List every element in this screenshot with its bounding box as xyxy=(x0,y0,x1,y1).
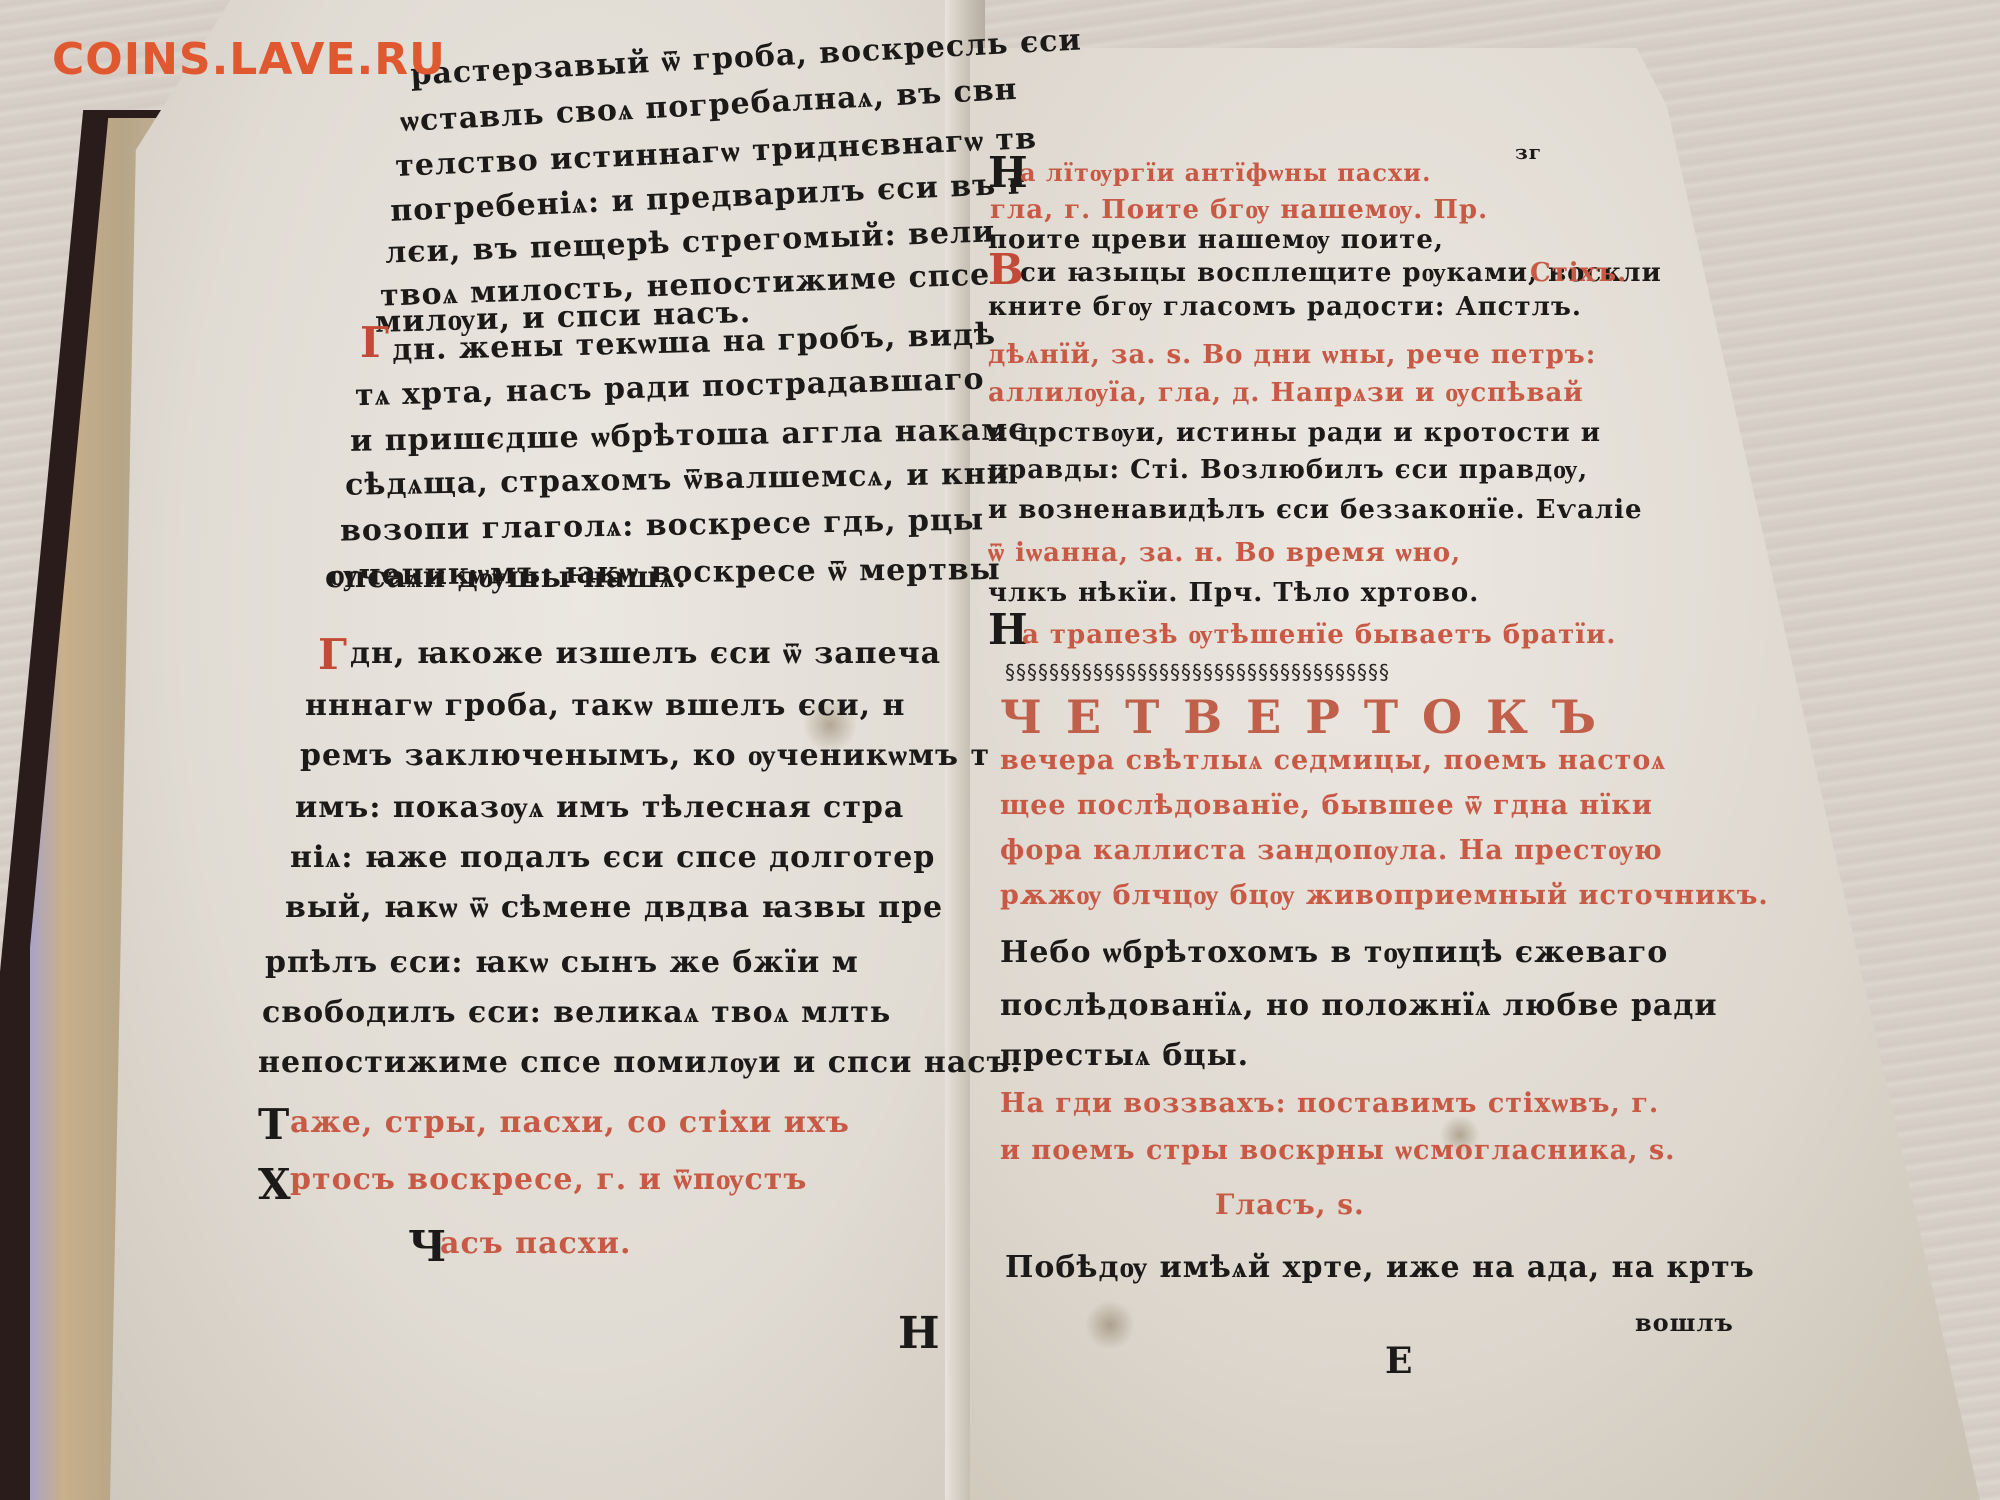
red-initial: Г xyxy=(318,630,348,679)
text-line: правды: Сті. Возлюбилъ єси правдѹ, xyxy=(988,455,1588,485)
rubric-line: асъ пасхи. xyxy=(440,1226,631,1261)
rubric-line: аже, стры, пасхи, со стіхи ихъ xyxy=(290,1105,850,1140)
hymn-line: Побѣдѹ имѣѧй хрте, иже на ада, на кртъ xyxy=(1005,1250,1755,1285)
folio-number: Н xyxy=(898,1308,940,1359)
text-line: Небо ѡбрѣтохомъ в тѹпицѣ єжеваго xyxy=(1000,935,1668,970)
text-line: нннагѡ гроба, такѡ вшелъ єси, н xyxy=(305,688,906,723)
rubric-line: рѫжѹ блчцѹ бцѹ живоприемный источникъ. xyxy=(1000,880,1769,911)
rubric-line: щее послѣдованїе, бывшее ѿ гдна нїки xyxy=(1000,790,1653,821)
tone-label: Гласъ, ѕ. xyxy=(1215,1188,1365,1221)
text-line: дѣѧнїй, за. ѕ. Во дни ѡны, рече петръ: xyxy=(988,340,1596,370)
ornament-band: §§§§§§§§§§§§§§§§§§§§§§§§§§§§§§§§§§§ xyxy=(1005,660,1645,684)
text-line: ремъ заключенымъ, ко ѹченикѡмъ т xyxy=(300,738,990,773)
text-line: свободилъ єси: великаѧ твоѧ млть xyxy=(262,995,891,1030)
text-line: члкъ нѣкїи. Прч. Тѣло хртово. xyxy=(988,578,1479,608)
stain xyxy=(1085,1300,1135,1350)
text-line: ніѧ: ꙗже подалъ єси спсе долготер xyxy=(290,840,935,875)
text-line: аллилѹїа, гла, д. Напрѧзи и ѹспѣвай xyxy=(988,378,1584,408)
red-initial: Г xyxy=(360,318,390,367)
text-line: дн, ꙗкоже изшелъ єси ѿ запеча xyxy=(350,636,941,671)
section-heading: ЧЕТВЕРТОКЪ xyxy=(1000,690,1620,744)
text-line: и возненавидѣлъ єси беззаконїе. Еѵаліе xyxy=(988,495,1643,525)
text-line: престыѧ бцы. xyxy=(1000,1038,1249,1073)
text-line: спсаѧи дѹшы нашѧ. xyxy=(325,560,687,595)
black-initial: Т xyxy=(258,1100,290,1149)
text-line: ѿ іѡанна, за. н. Во время ѡно, xyxy=(988,538,1461,568)
folio-number: Е xyxy=(1385,1340,1412,1382)
rubric-line: ртосъ воскресе, г. и ѿпѹстъ xyxy=(290,1162,807,1197)
text-line: послѣдованїѧ, но положнїѧ любве ради xyxy=(1000,988,1718,1023)
text-line: поите цреви нашемѹ поите, xyxy=(988,225,1444,255)
text-line: а трапезѣ ѹтѣшенїе бываетъ братїи. xyxy=(1022,620,1617,650)
rubric-line: На гди воззвахъ: поставимъ стіхѡвъ, г. xyxy=(1000,1088,1659,1119)
rubric-line: вечера свѣтлыѧ седмицы, поемъ настоѧ xyxy=(1000,745,1666,776)
text-line: непостижиме спсе помилѹи и спси насъ. xyxy=(258,1045,1022,1080)
rubric-line: фора каллиста зандопѹла. На престѹю xyxy=(1000,835,1663,866)
text-line: кните бгѹ гласомъ радости: Апстлъ. xyxy=(988,292,1582,322)
text-line: и црствѹи, истины ради и кротости и xyxy=(988,418,1601,448)
text-line: а лїтѹргїи антїфѡны пасхи. xyxy=(1020,158,1431,188)
watermark: COINS.LAVE.RU xyxy=(52,34,446,85)
text-line: вый, ꙗкѡ ѿ сѣмене двдва ꙗзвы пре xyxy=(285,890,943,925)
rubric-line: и поемъ стры воскрны ѡсмогласника, ѕ. xyxy=(1000,1135,1676,1166)
black-initial: Х xyxy=(258,1160,292,1209)
text-line: имъ: показѹѧ имъ тѣлесная стра xyxy=(295,790,904,825)
text-line: рпѣлъ єси: ꙗкѡ сынъ же бжїи м xyxy=(265,945,859,980)
text-line: Стіхъ. xyxy=(1530,258,1627,288)
catchword: вошлъ xyxy=(1635,1308,1734,1337)
quire-signature: зг xyxy=(1515,140,1542,164)
text-line: гла, г. Поите бгѹ нашемѹ. Пр. xyxy=(990,195,1488,225)
